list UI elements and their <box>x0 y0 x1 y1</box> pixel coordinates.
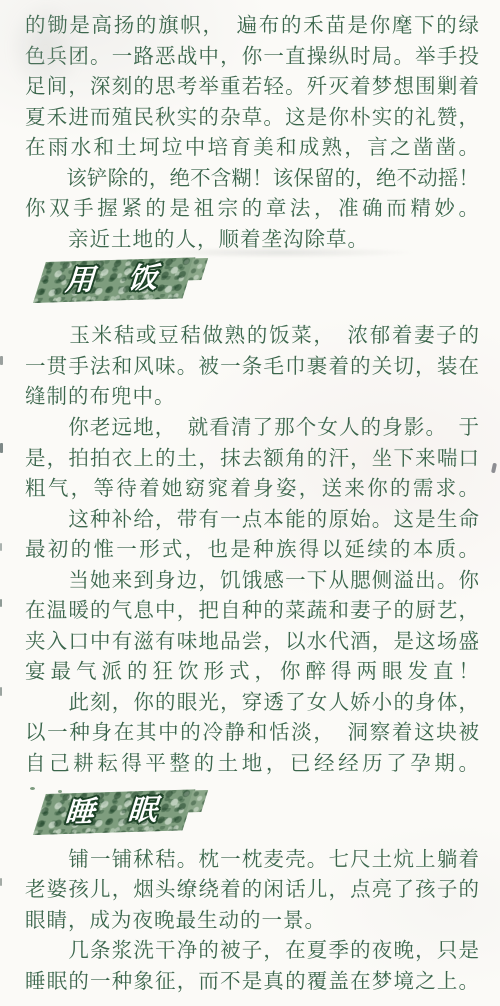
text-line: 夏禾进而殖民秋实的杂草。这是你朴实的礼赞， <box>25 103 479 134</box>
scan-speck <box>0 543 2 551</box>
text-line: 粗气，等待着她窈窕着身姿，送来你的需求。 <box>25 474 479 505</box>
text-line: 你双手握紧的是祖宗的章法，准确而精妙。 <box>25 194 479 225</box>
ink-dot <box>30 787 35 790</box>
text-line: 亲近土地的人，顺着垄沟除草。 <box>25 225 479 256</box>
text-line: 你老远地， 就看清了那个女人的身影。 于 <box>25 413 479 444</box>
paragraph: 你老远地， 就看清了那个女人的身影。 于 是，拍拍衣上的土，抹去额角的汗，坐下来… <box>25 413 479 505</box>
text-line: 色兵团。一路恶战中，你一直操纵时局。举手投 <box>25 42 479 73</box>
text-line: 眼睛，成为夜晚最生动的一景。 <box>25 906 479 937</box>
scan-speck <box>0 599 2 607</box>
text-line: 当她来到身边，饥饿感一下从腮侧溢出。你 <box>25 566 479 597</box>
text-line: 铺一铺秫秸。枕一枕麦壳。七尺土炕上躺着 <box>25 845 479 876</box>
paragraph: 该铲除的，绝不含糊！该保留的，绝不动摇！ 你双手握紧的是祖宗的章法，准确而精妙。 <box>25 164 479 225</box>
text-line: 夹入口中有滋有味地品尝，以水代酒，是这场盛 <box>25 627 479 658</box>
text-line: 几条浆洗干净的被子，在夏季的夜晚，只是 <box>25 936 479 967</box>
text-line: 是，拍拍衣上的土，抹去额角的汗，坐下来喘口 <box>25 444 479 475</box>
text-line: 足间，深刻的思考举重若轻。歼灭着梦想围剿着 <box>25 72 479 103</box>
text-line: 在雨水和土坷垃中培育美和成熟，言之凿凿。 <box>25 133 479 164</box>
paragraph: 此刻，你的眼光，穿透了女人娇小的身体， 以一种身在其中的冷静和恬淡， 洞察着这块… <box>25 688 479 780</box>
paragraph: 玉米秸或豆秸做熟的饭菜， 浓郁着妻子的 一贯手法和风味。被一条毛巾裹着的关切，装… <box>25 321 479 413</box>
scanned-book-page: { "colors": { "page_background": "#fbfaf… <box>0 0 500 1006</box>
text-line: 宴最气派的狂饮形式，你醉得两眼发直！ <box>25 657 479 688</box>
scan-speck <box>0 878 2 886</box>
text-line: 以一种身在其中的冷静和恬淡， 洞察着这块被 <box>25 718 479 749</box>
ink-dot <box>58 790 62 793</box>
section-header-badge-yong-fan: 用 饭 <box>33 258 195 304</box>
text-line: 这种补给，带有一点本能的原始。这是生命 <box>25 505 479 536</box>
scan-speck <box>491 463 497 474</box>
text-line: 在温暖的气息中，把自种的菜蔬和妻子的厨艺， <box>25 596 479 627</box>
text-line: 玉米秸或豆秸做熟的饭菜， 浓郁着妻子的 <box>25 321 479 352</box>
paragraph: 这种补给，带有一点本能的原始。这是生命 最初的惟一形式，也是种族得以延续的本质。 <box>25 505 479 566</box>
text-line: 最初的惟一形式，也是种族得以延续的本质。 <box>25 535 479 566</box>
text-flow: 的锄是高扬的旗帜， 遍布的禾苗是你麾下的绿 色兵团。一路恶战中，你一直操纵时局。… <box>25 11 479 997</box>
text-line: 该铲除的，绝不含糊！该保留的，绝不动摇！ <box>25 164 479 195</box>
section-header-label: 睡 眠 <box>62 795 166 829</box>
paragraph: 当她来到身边，饥饿感一下从腮侧溢出。你 在温暖的气息中，把自种的菜蔬和妻子的厨艺… <box>25 566 479 688</box>
text-line: 睡眠的一种象征，而不是真的覆盖在梦境之上。 <box>25 967 479 998</box>
section-header-badge-shui-mian: 睡 眠 <box>33 789 195 835</box>
paragraph: 铺一铺秫秸。枕一枕麦壳。七尺土炕上躺着 老婆孩儿，烟头缭绕着的闲话儿，点亮了孩子… <box>25 845 479 937</box>
paragraph: 的锄是高扬的旗帜， 遍布的禾苗是你麾下的绿 色兵团。一路恶战中，你一直操纵时局。… <box>25 11 479 164</box>
scan-speck <box>0 356 3 365</box>
scan-speck <box>0 443 3 453</box>
section-header-label: 用 饭 <box>62 264 166 298</box>
scan-speck <box>0 687 2 696</box>
section-header-row: 睡 眠 <box>25 794 479 835</box>
text-line: 此刻，你的眼光，穿透了女人娇小的身体， <box>25 688 479 719</box>
paragraph: 亲近土地的人，顺着垄沟除草。 <box>25 225 479 256</box>
paragraph: 几条浆洗干净的被子，在夏季的夜晚，只是 睡眠的一种象征，而不是真的覆盖在梦境之上… <box>25 936 479 997</box>
section-header-row: 用 饭 <box>25 262 479 303</box>
text-line: 缝制的布兜中。 <box>25 382 479 413</box>
text-line: 的锄是高扬的旗帜， 遍布的禾苗是你麾下的绿 <box>25 11 479 42</box>
text-line: 老婆孩儿，烟头缭绕着的闲话儿，点亮了孩子的 <box>25 875 479 906</box>
text-line: 自己耕耘得平整的土地，已经经历了孕期。 <box>25 749 479 780</box>
text-line: 一贯手法和风味。被一条毛巾裹着的关切，装在 <box>25 352 479 383</box>
book-page: 的锄是高扬的旗帜， 遍布的禾苗是你麾下的绿 色兵团。一路恶战中，你一直操纵时局。… <box>0 0 500 1006</box>
